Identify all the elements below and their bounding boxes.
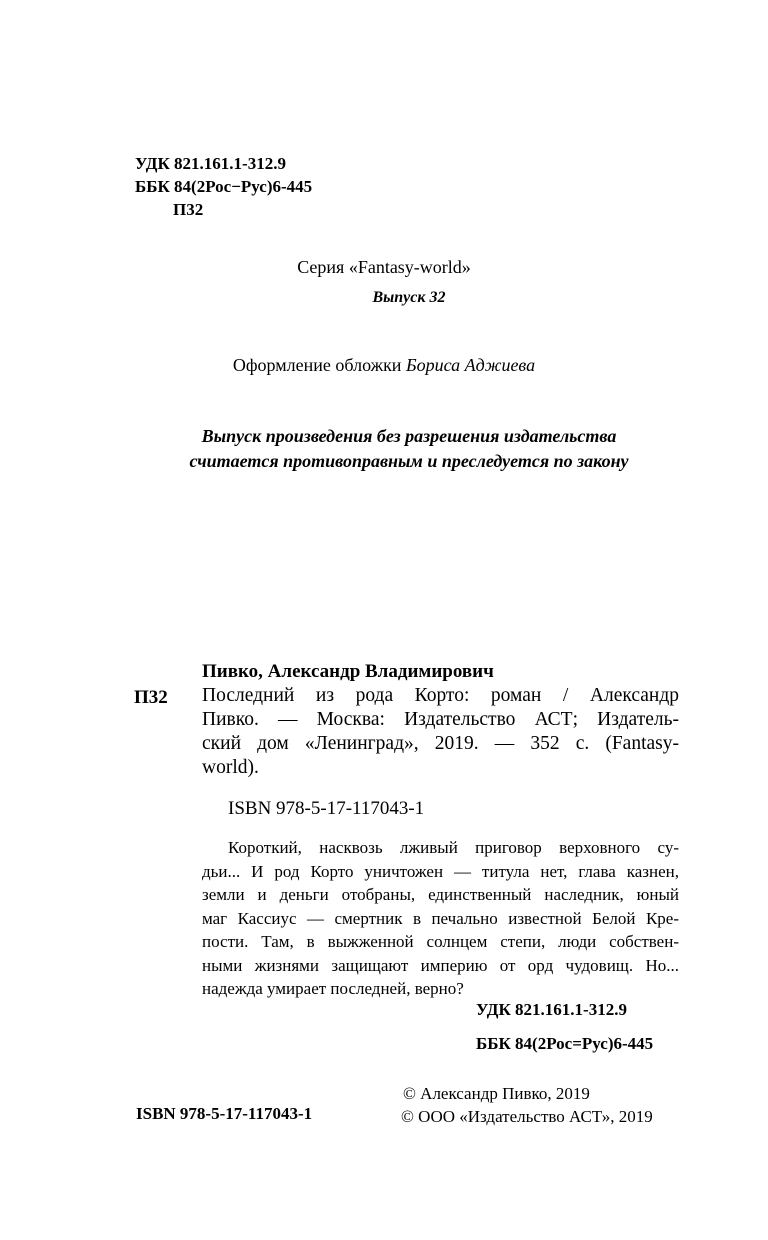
annotation: Короткий, насквозь лживый приговор верхо…: [202, 836, 679, 1001]
annotation-line: земли и деньги отобраны, единственный на…: [202, 883, 679, 907]
isbn-bottom: ISBN 978-5-17-117043-1: [136, 1104, 312, 1124]
record-isbn: ISBN 978-5-17-117043-1: [228, 798, 424, 820]
warning-line: считается противоправным и преследуется …: [0, 449, 768, 474]
bottom-classification-codes: УДК 821.161.1-312.9 ББК 84(2Рос=Рус)6-44…: [476, 993, 653, 1061]
annotation-line: ными жизнями защищают империю от орд чуд…: [202, 954, 679, 978]
record-author-sign: П32: [134, 687, 168, 709]
series-label: Серия «Fantasy-world»: [0, 257, 768, 278]
author-sign: П32: [135, 198, 312, 221]
description-line: world).: [202, 756, 679, 780]
udk-code: УДК 821.161.1-312.9: [135, 152, 312, 175]
annotation-line: пости. Там, в выжженной солнцем степи, л…: [202, 930, 679, 954]
annotation-line: маг Кассиус — смертник в печально извест…: [202, 907, 679, 931]
annotation-line: дьи... И род Корто уничтожен — титула не…: [202, 860, 679, 884]
description-line: Последний из рода Корто: роман / Алексан…: [202, 684, 679, 708]
top-classification-codes: УДК 821.161.1-312.9 ББК 84(2Рос−Рус)6-44…: [135, 152, 312, 221]
udk-code: УДК 821.161.1-312.9: [476, 993, 653, 1027]
annotation-line: Короткий, насквозь лживый приговор верхо…: [202, 836, 679, 860]
copyright-warning: Выпуск произведения без разрешения издат…: [0, 424, 768, 474]
warning-line: Выпуск произведения без разрешения издат…: [0, 424, 768, 449]
bbk-code: ББК 84(2Рос=Рус)6-445: [476, 1027, 653, 1061]
bbk-code: ББК 84(2Рос−Рус)6-445: [135, 175, 312, 198]
record-author-heading: Пивко, Александр Владимирович: [202, 661, 494, 683]
description-line: ский дом «Ленинград», 2019. — 352 с. (Fa…: [202, 732, 679, 756]
cover-design-prefix: Оформление обложки: [233, 355, 406, 375]
copyright-author: © Александр Пивко, 2019: [401, 1082, 653, 1105]
series-issue: Выпуск 32: [0, 289, 768, 307]
copyright-block: © Александр Пивко, 2019 © ООО «Издательс…: [401, 1082, 653, 1128]
cover-designer-name: Бориса Аджиева: [406, 355, 535, 375]
cover-design-credit: Оформление обложки Бориса Аджиева: [0, 355, 768, 376]
copyright-publisher: © ООО «Издательство АСТ», 2019: [401, 1105, 653, 1128]
bibliographic-description: Последний из рода Корто: роман / Алексан…: [202, 684, 679, 780]
description-line: Пивко. — Москва: Издательство АСТ; Издат…: [202, 708, 679, 732]
